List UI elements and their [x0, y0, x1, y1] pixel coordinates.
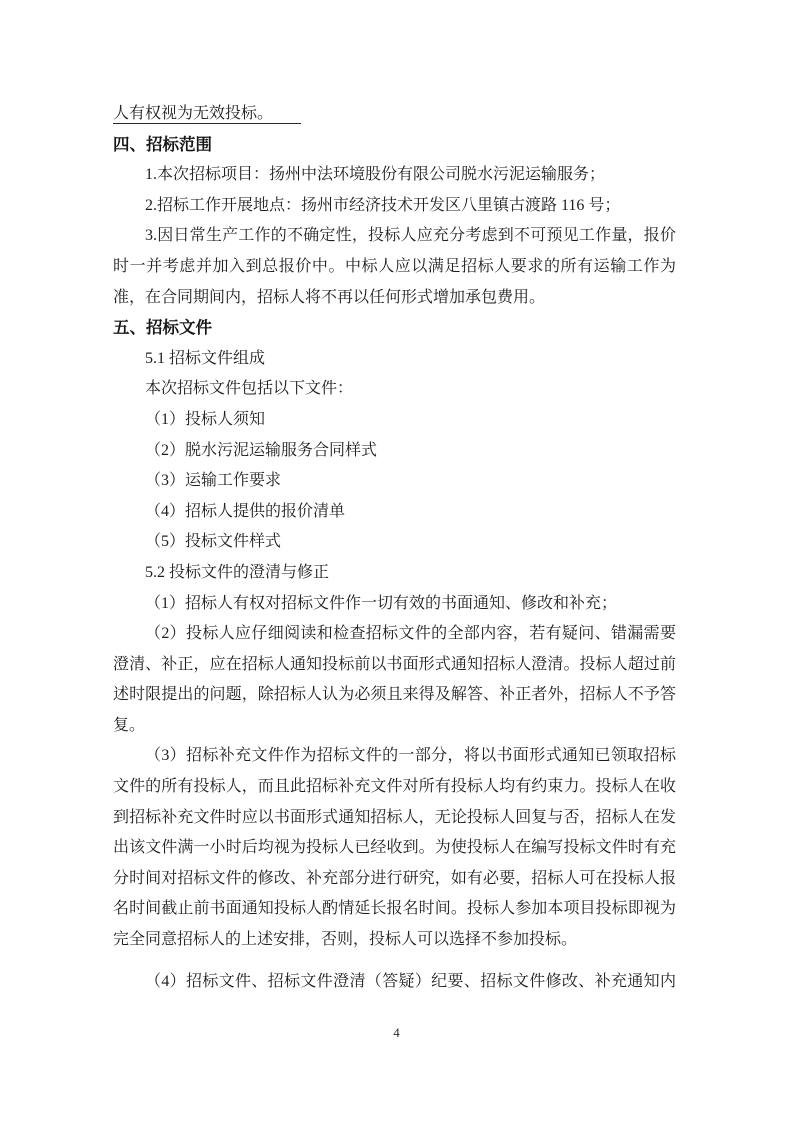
section-4-item-workload: 3.因日常生产工作的不确定性，投标人应充分考虑到不可预见工作量，报价时一并考虑并… — [113, 221, 676, 313]
clause-1: （1）招标人有权对招标文件作一切有效的书面通知、修改和补充； — [113, 589, 676, 620]
document-page: 人有权视为无效投标。 四、招标范围 1.本次招标项目：扬州中法环境股份有限公司脱… — [0, 0, 793, 1122]
section-4-item-project: 1.本次招标项目：扬州中法环境股份有限公司脱水污泥运输服务； — [113, 160, 676, 191]
clause-2: （2）投标人应仔细阅读和检查招标文件的全部内容，若有疑问、错漏需要澄清、补正，应… — [113, 619, 676, 741]
sub-5-2-title: 5.2 投标文件的澄清与修正 — [113, 558, 676, 589]
file-list-item-2: （2）脱水污泥运输服务合同样式 — [113, 436, 676, 467]
clause-4-truncated: （4）招标文件、招标文件澄清（答疑）纪要、招标文件修改、补充通知内 — [113, 967, 676, 998]
file-list-item-5: （5）投标文件样式 — [113, 527, 676, 558]
carryover-paragraph: 人有权视为无效投标。 — [113, 99, 676, 130]
section-4-heading: 四、招标范围 — [113, 130, 676, 161]
sub-5-1-intro: 本次招标文件包括以下文件： — [113, 374, 676, 405]
carryover-underlined-text: 人有权视为无效投标。 — [113, 105, 301, 124]
section-5-heading: 五、招标文件 — [113, 313, 676, 344]
section-4-item-location: 2.招标工作开展地点：扬州市经济技术开发区八里镇古渡路 116 号； — [113, 191, 676, 222]
file-list-item-3: （3）运输工作要求 — [113, 466, 676, 497]
page-number: 4 — [0, 1024, 793, 1042]
file-list-item-1: （1）投标人须知 — [113, 405, 676, 436]
sub-5-1-title: 5.1 招标文件组成 — [113, 344, 676, 375]
file-list-item-4: （4）招标人提供的报价清单 — [113, 497, 676, 528]
clause-3: （3）招标补充文件作为招标文件的一部分，将以书面形式通知已领取招标文件的所有投标… — [113, 741, 676, 955]
